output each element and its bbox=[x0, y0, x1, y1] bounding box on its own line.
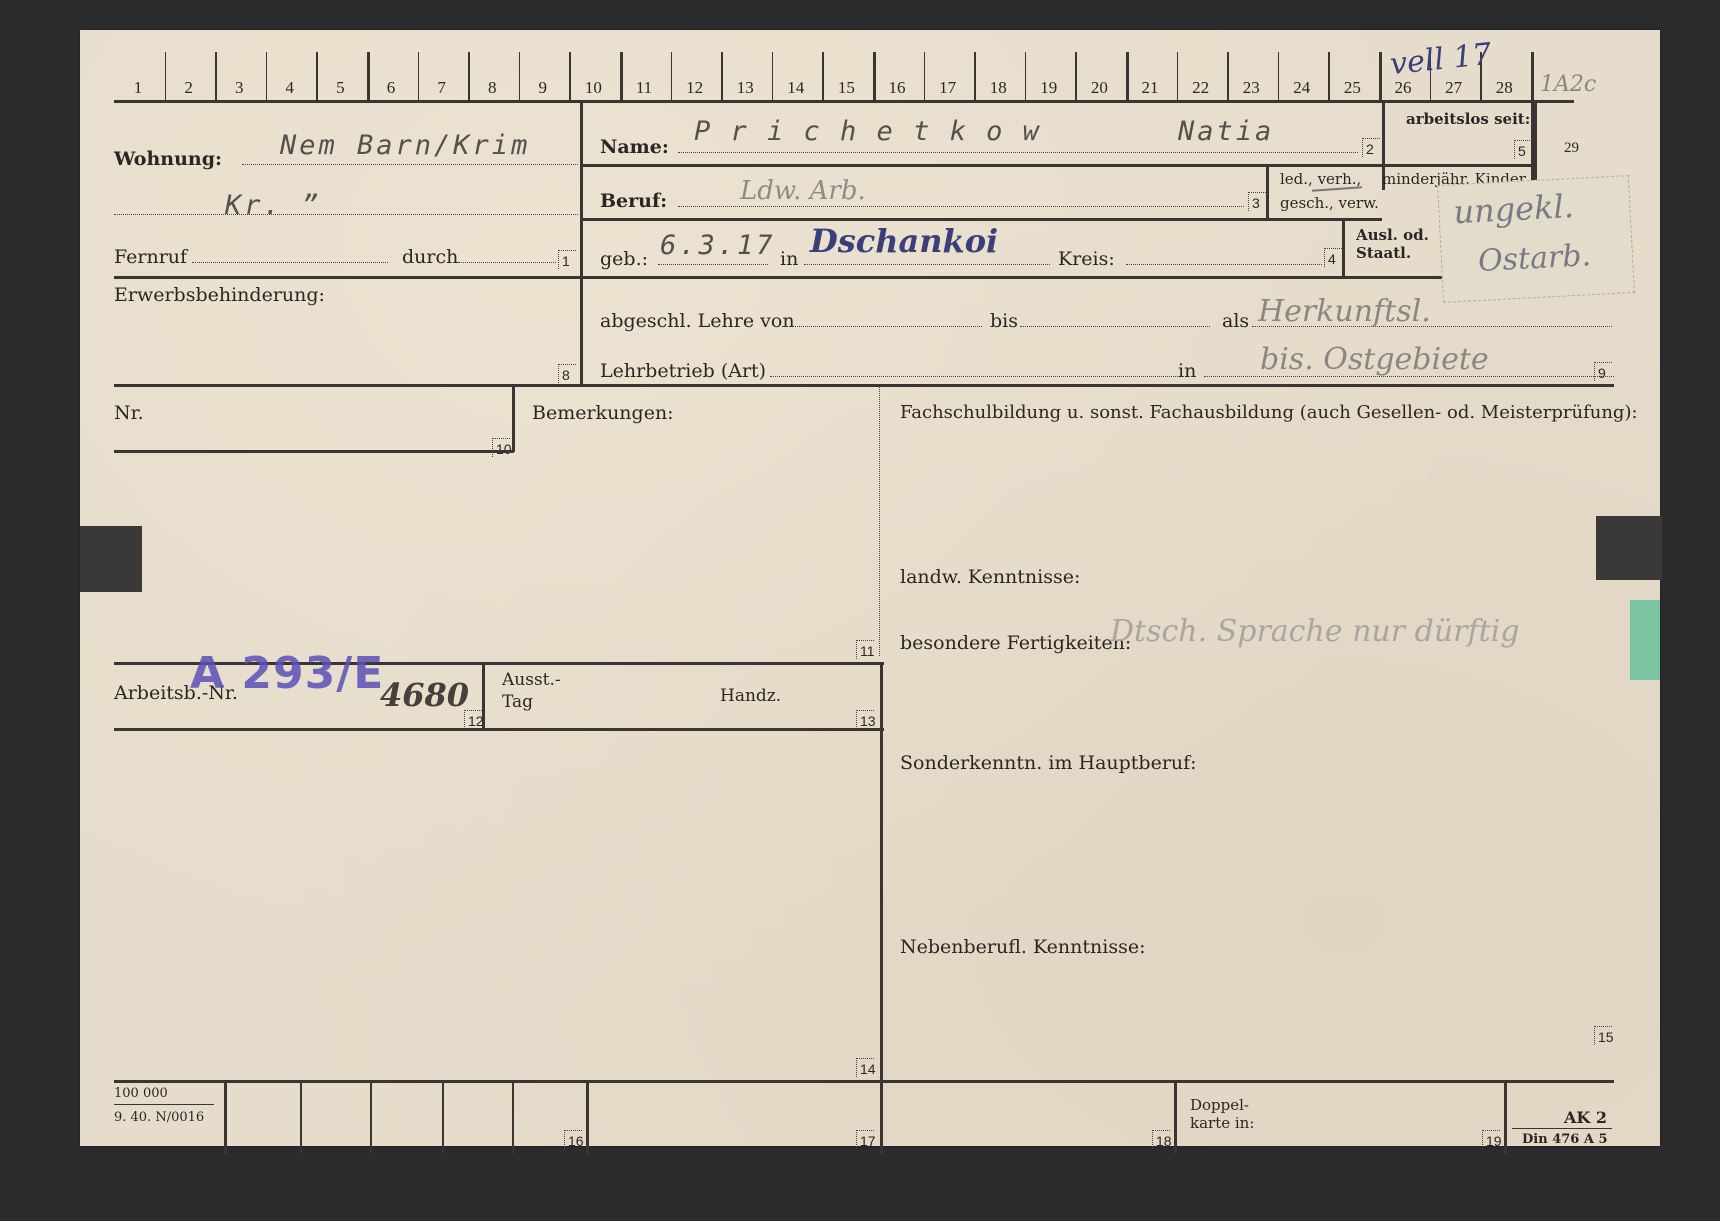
note-line-2: Ostarb. bbox=[1477, 238, 1592, 279]
kreis-field[interactable] bbox=[1126, 264, 1322, 265]
ruler-number: 21 bbox=[1130, 78, 1170, 98]
ruler-tick bbox=[1177, 52, 1179, 100]
ruler-tick bbox=[1025, 52, 1027, 100]
field-number-11: 11 bbox=[856, 640, 874, 659]
footer-tick bbox=[512, 1082, 514, 1154]
issued-label-1: Ausst.- bbox=[502, 670, 561, 690]
ruler-number: 20 bbox=[1079, 78, 1119, 98]
name-line bbox=[678, 152, 1358, 153]
address-line-2 bbox=[114, 214, 578, 215]
ruler-tick bbox=[468, 52, 470, 100]
field-number-5: 5 bbox=[1514, 140, 1532, 159]
ruler-number: 24 bbox=[1282, 78, 1322, 98]
apprenticeship-label: abgeschl. Lehre von bbox=[600, 310, 795, 332]
divider bbox=[1534, 102, 1537, 190]
occupation-line bbox=[678, 206, 1244, 207]
signature-label: Handz. bbox=[720, 686, 781, 706]
ruler-number: 22 bbox=[1181, 78, 1221, 98]
address-line bbox=[242, 164, 578, 165]
special-skills-value[interactable]: Dtsch. Sprache nur dürftig bbox=[1110, 614, 1519, 649]
ruler-number: 18 bbox=[978, 78, 1018, 98]
ruler-tick bbox=[1379, 52, 1382, 100]
index-tab-left bbox=[80, 526, 142, 592]
ruler-number: 1 bbox=[118, 78, 158, 98]
agri-knowledge-label: landw. Kenntnisse: bbox=[900, 566, 1080, 588]
company-in-label: in bbox=[1178, 360, 1196, 382]
ruler-number: 28 bbox=[1484, 78, 1524, 98]
ruler-tick bbox=[418, 52, 420, 100]
field-number-8: 8 bbox=[558, 364, 576, 383]
remarks-label: Bemerkungen: bbox=[532, 402, 674, 424]
ruler-number: 17 bbox=[928, 78, 968, 98]
ruler-tick bbox=[215, 52, 217, 100]
as-label: als bbox=[1222, 310, 1249, 332]
phone-field[interactable] bbox=[192, 262, 388, 263]
ruler-tick bbox=[519, 52, 521, 100]
workbook-stamp: A 293/E bbox=[190, 648, 384, 699]
ruler-baseline bbox=[114, 100, 1574, 103]
company-in-value[interactable]: bis. Ostgebiete bbox=[1260, 342, 1489, 377]
ruler-tick bbox=[822, 52, 824, 100]
note-line-1: ungekl. bbox=[1452, 187, 1574, 231]
name-label: Name: bbox=[600, 136, 669, 158]
divider bbox=[114, 450, 514, 453]
occupation-value[interactable]: Ldw. Arb. bbox=[740, 176, 866, 206]
field-number-10: 10 bbox=[492, 438, 510, 457]
ruler-tick bbox=[1328, 52, 1330, 100]
divider bbox=[482, 664, 485, 730]
field-number-15: 15 bbox=[1594, 1026, 1612, 1045]
duplicate-label-2: karte in: bbox=[1190, 1114, 1254, 1132]
ruler-tick bbox=[165, 52, 167, 100]
divider bbox=[586, 1082, 589, 1154]
ruler-annotation: vell 17 bbox=[1388, 37, 1493, 82]
divider bbox=[224, 1082, 227, 1154]
ruler-number: 23 bbox=[1231, 78, 1271, 98]
field-number-19: 19 bbox=[1482, 1130, 1500, 1149]
birth-place-value[interactable]: Dschankoi bbox=[810, 222, 998, 260]
ruler-number: 15 bbox=[826, 78, 866, 98]
registration-card: 1234567891011121314151617181920212223242… bbox=[80, 30, 1660, 1146]
duplicate-label-1: Doppel- bbox=[1190, 1096, 1249, 1114]
divider bbox=[114, 728, 884, 731]
field-number-4: 4 bbox=[1324, 248, 1342, 267]
ruler-number: 27 bbox=[1434, 78, 1474, 98]
divider bbox=[582, 218, 1382, 221]
ruler-number: 10 bbox=[573, 78, 613, 98]
field-number-3: 3 bbox=[1248, 192, 1266, 211]
birth-date-value[interactable]: 6.3.17 bbox=[660, 230, 776, 261]
field-number-14: 14 bbox=[856, 1058, 874, 1077]
ruler-tick bbox=[367, 52, 370, 100]
ruler-tick bbox=[671, 52, 673, 100]
divider bbox=[880, 662, 883, 1080]
apprenticeship-from-field[interactable] bbox=[782, 326, 982, 327]
issued-label-2: Tag bbox=[502, 692, 533, 712]
ruler-number: 4 bbox=[270, 78, 310, 98]
ruler-number: 11 bbox=[624, 78, 664, 98]
divider bbox=[1342, 220, 1345, 276]
marital-options-1[interactable]: led., verh., bbox=[1280, 170, 1361, 188]
kreis-label: Kreis: bbox=[1058, 248, 1115, 270]
divider bbox=[114, 1080, 1614, 1083]
phone-label: Fernruf bbox=[114, 246, 187, 268]
ruler-number: 16 bbox=[877, 78, 917, 98]
field-number-18: 18 bbox=[1152, 1130, 1170, 1149]
ruler-tick bbox=[873, 52, 876, 100]
workbook-number[interactable]: 4680 bbox=[380, 676, 469, 714]
divider bbox=[1266, 166, 1269, 220]
ruler-tick bbox=[1278, 52, 1280, 100]
ruler-tick bbox=[620, 52, 623, 100]
green-marker-tab bbox=[1630, 600, 1660, 680]
field-number-1: 1 bbox=[558, 250, 576, 269]
ruler-number: 6 bbox=[371, 78, 411, 98]
field-number-13: 13 bbox=[856, 710, 874, 729]
divider bbox=[580, 102, 583, 384]
company-label: Lehrbetrieb (Art) bbox=[600, 360, 766, 382]
print-run: 100 000 bbox=[114, 1086, 168, 1101]
marital-options-2[interactable]: gesch., verw. bbox=[1280, 194, 1379, 212]
divider bbox=[880, 1082, 883, 1154]
side-job-knowledge-label: Nebenberufl. Kenntnisse: bbox=[900, 936, 1146, 958]
field-number-12: 12 bbox=[464, 710, 482, 729]
address-label: Wohnung: bbox=[114, 148, 222, 170]
divider bbox=[114, 276, 582, 279]
until-label: bis bbox=[990, 310, 1018, 332]
via-label: durch bbox=[402, 246, 458, 268]
divider bbox=[114, 384, 1614, 387]
divider bbox=[879, 386, 880, 656]
ruler-number: 12 bbox=[675, 78, 715, 98]
field-number-16: 16 bbox=[564, 1130, 582, 1149]
taped-note-strip: ungekl. Ostarb. bbox=[1437, 175, 1635, 303]
ruler-number: 25 bbox=[1332, 78, 1372, 98]
divider bbox=[582, 276, 1522, 279]
divider bbox=[512, 386, 515, 452]
corner-code: 1A2c bbox=[1540, 72, 1596, 97]
ruler-number: 7 bbox=[422, 78, 462, 98]
ruler-number: 5 bbox=[320, 78, 360, 98]
apprenticeship-until-field[interactable] bbox=[1020, 326, 1210, 327]
ruler-number: 8 bbox=[472, 78, 512, 98]
footer-tick bbox=[442, 1082, 444, 1154]
main-job-knowledge-label: Sonderkenntn. im Hauptberuf: bbox=[900, 752, 1197, 774]
footer-tick bbox=[370, 1082, 372, 1154]
form-id: AK 2 bbox=[1564, 1108, 1607, 1127]
special-skills-label: besondere Fertigkeiten: bbox=[900, 632, 1131, 654]
ruler-tick bbox=[924, 52, 926, 100]
citizenship-label-2: Staatl. bbox=[1356, 244, 1411, 262]
ruler-tick bbox=[1075, 52, 1077, 100]
field-number-17: 17 bbox=[856, 1130, 874, 1149]
divider bbox=[582, 164, 1534, 167]
ruler-tick bbox=[316, 52, 318, 100]
training-label: Fachschulbildung u. sonst. Fachausbildun… bbox=[900, 402, 1638, 423]
field-number-2: 2 bbox=[1362, 138, 1380, 157]
din-standard: Din 476 A 5 bbox=[1522, 1132, 1608, 1147]
ruler-number: 2 bbox=[169, 78, 209, 98]
first-name-value[interactable]: Natia bbox=[1178, 116, 1274, 147]
birth-place-in-label: in bbox=[780, 248, 798, 270]
company-field[interactable] bbox=[770, 376, 1180, 377]
ruler-tick bbox=[1126, 52, 1129, 100]
ruler-number: 13 bbox=[725, 78, 765, 98]
ruler-tick bbox=[266, 52, 268, 100]
ruler-number: 9 bbox=[523, 78, 563, 98]
ruler-tick bbox=[974, 52, 976, 100]
unemployed-label: arbeitslos seit: bbox=[1406, 110, 1530, 128]
occupation-label: Beruf: bbox=[600, 190, 667, 212]
divider bbox=[1174, 1082, 1177, 1154]
address-value[interactable]: Nem Barn/Krim bbox=[280, 130, 530, 161]
divider bbox=[1504, 1082, 1507, 1154]
ruler-tick bbox=[569, 52, 571, 100]
birth-date-line bbox=[658, 264, 768, 265]
disability-label: Erwerbsbehinderung: bbox=[114, 284, 325, 306]
as-value[interactable]: Herkunftsl. bbox=[1258, 294, 1431, 329]
divider bbox=[114, 1104, 214, 1105]
birth-label: geb.: bbox=[600, 248, 648, 270]
surname-value[interactable]: P r i c h e t k o w bbox=[694, 116, 1041, 147]
ruler-number: 14 bbox=[776, 78, 816, 98]
address-kreis-value[interactable]: Kr. ” bbox=[225, 190, 321, 221]
ruler-number: 3 bbox=[219, 78, 259, 98]
number-label: Nr. bbox=[114, 402, 144, 424]
corner-field-29: 29 bbox=[1564, 140, 1579, 157]
ruler-number: 19 bbox=[1029, 78, 1069, 98]
index-tab-right bbox=[1596, 516, 1662, 580]
footer-tick bbox=[300, 1082, 302, 1154]
ruler-tick bbox=[721, 52, 723, 100]
via-field[interactable] bbox=[458, 262, 556, 263]
birth-place-line bbox=[804, 264, 1050, 265]
ruler-tick bbox=[772, 52, 774, 100]
print-code: 9. 40. N/0016 bbox=[114, 1110, 204, 1125]
divider bbox=[1512, 1128, 1612, 1129]
field-number-9: 9 bbox=[1594, 362, 1612, 381]
ruler-tick bbox=[1227, 52, 1229, 100]
citizenship-label-1: Ausl. od. bbox=[1356, 226, 1429, 244]
